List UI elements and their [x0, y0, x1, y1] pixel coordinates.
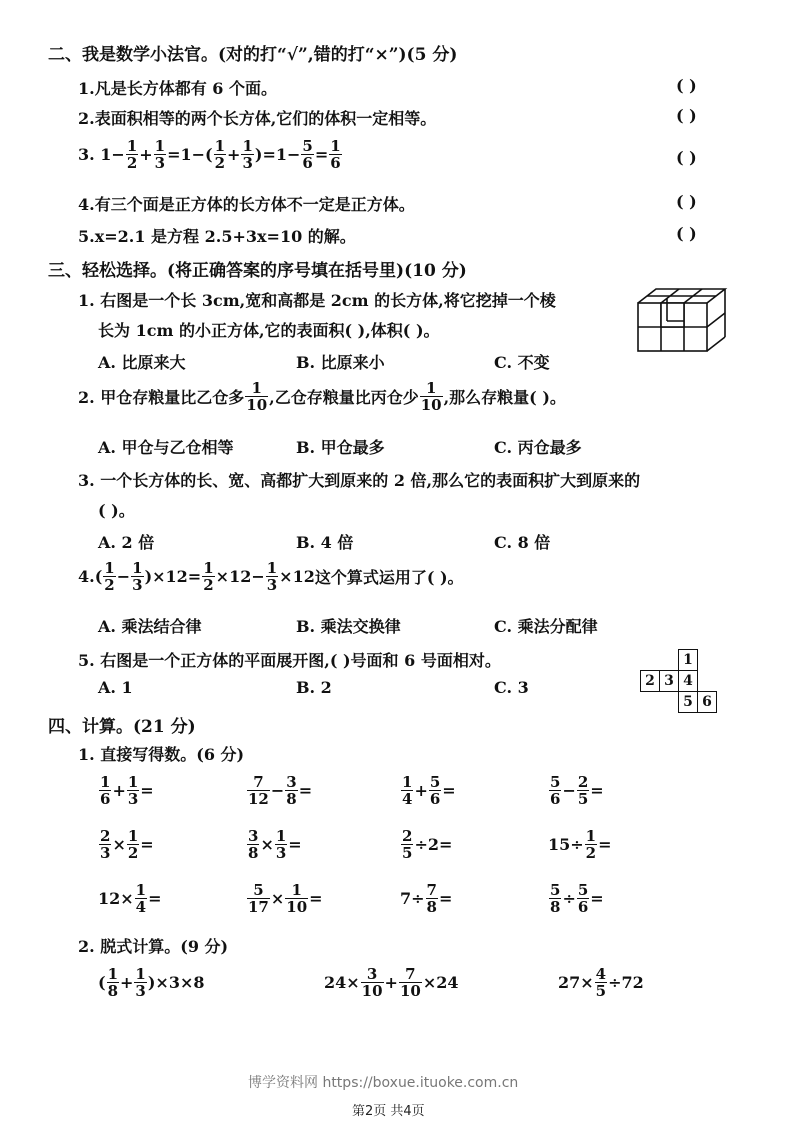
answer-blank-2[interactable]: ( ) [676, 106, 697, 125]
answer-blank-5[interactable]: ( ) [676, 224, 697, 243]
subsection-direct-answer: 1. 直接写得数。(6 分) [78, 742, 244, 765]
q4-option-b[interactable]: B. 乘法交换律 [296, 614, 401, 637]
answer-blank-4[interactable]: ( ) [676, 192, 697, 211]
calc-item: 16+13= [98, 774, 154, 807]
calc-item: 56−25= [548, 774, 604, 807]
choice-q3-line1: 3. 一个长方体的长、宽、高都扩大到原来的 2 倍,那么它的表面积扩大到原来的 [78, 468, 640, 491]
subsection-step-calc: 2. 脱式计算。(9 分) [78, 934, 228, 957]
calc-item: 15÷12= [548, 828, 612, 861]
judge-item-5: 5.x=2.1 是方程 2.5+3x=10 的解。 [78, 224, 356, 247]
q4-option-c[interactable]: C. 乘法分配律 [494, 614, 598, 637]
section-4-title: 四、计算。(21 分) [48, 712, 196, 737]
q5-option-b[interactable]: B. 2 [296, 678, 332, 697]
calc-item: 14+56= [400, 774, 456, 807]
choice-q1-line1: 1. 右图是一个长 3cm,宽和高都是 2cm 的长方体,将它挖掉一个棱 [78, 288, 556, 311]
cube-net-figure: 1 234 56 [640, 649, 717, 713]
choice-q3-line2: ( )。 [98, 498, 135, 521]
choice-q2: 2. 甲仓存粮量比乙仓多110,乙仓存粮量比丙仓少110,那么存粮量( )。 [78, 380, 566, 413]
step-calc-item: 27×45÷72 [558, 966, 644, 999]
step-calc-item: (18+13)×3×8 [98, 966, 205, 999]
calc-item: 58÷56= [548, 882, 604, 915]
calc-item: 12×14= [98, 882, 162, 915]
calc-item: 25÷2= [400, 828, 452, 861]
choice-q1-line2: 长为 1cm 的小正方体,它的表面积( ),体积( )。 [98, 318, 440, 341]
choice-q5: 5. 右图是一个正方体的平面展开图,( )号面和 6 号面相对。 [78, 648, 501, 671]
cuboid-figure [636, 285, 740, 355]
judge-item-2: 2.表面积相等的两个长方体,它们的体积一定相等。 [78, 106, 436, 129]
q4-option-a[interactable]: A. 乘法结合律 [98, 614, 202, 637]
calc-item: 23×12= [98, 828, 154, 861]
calc-item: 7÷78= [400, 882, 452, 915]
q2-option-b[interactable]: B. 甲仓最多 [296, 435, 385, 458]
choice-q4: 4.(12−13)×12=12×12−13×12 这个算式运用了( )。 [78, 560, 464, 593]
section-3-title: 三、轻松选择。(将正确答案的序号填在括号里)(10 分) [48, 256, 467, 281]
q1-option-c[interactable]: C. 不变 [494, 350, 550, 373]
q3-option-b[interactable]: B. 4 倍 [296, 530, 353, 553]
q2-option-a[interactable]: A. 甲仓与乙仓相等 [98, 435, 234, 458]
judge-item-4: 4.有三个面是正方体的长方体不一定是正方体。 [78, 192, 415, 215]
page-number: 第2页 共4页 [352, 1100, 425, 1119]
step-calc-item: 24×310+710×24 [324, 966, 459, 999]
answer-blank-3[interactable]: ( ) [676, 148, 697, 167]
q1-option-a[interactable]: A. 比原来大 [98, 350, 186, 373]
watermark-link[interactable]: 博学资料网 https://boxue.ituoke.com.cn [248, 1072, 518, 1092]
section-2-title: 二、我是数学小法官。(对的打“√”,错的打“×”)(5 分) [48, 40, 457, 65]
q3-option-c[interactable]: C. 8 倍 [494, 530, 550, 553]
q1-option-b[interactable]: B. 比原来小 [296, 350, 385, 373]
calc-item: 517×110= [246, 882, 323, 915]
judge-item-1: 1.凡是长方体都有 6 个面。 [78, 76, 277, 99]
answer-blank-1[interactable]: ( ) [676, 76, 697, 95]
q5-option-c[interactable]: C. 3 [494, 678, 529, 697]
q2-option-c[interactable]: C. 丙仓最多 [494, 435, 582, 458]
calc-item: 38×13= [246, 828, 302, 861]
calc-item: 712−38= [246, 774, 312, 807]
q5-option-a[interactable]: A. 1 [98, 678, 133, 697]
judge-item-3: 3. 1−12+13=1−(12+13)=1−56=16 [78, 138, 343, 171]
q3-option-a[interactable]: A. 2 倍 [98, 530, 154, 553]
